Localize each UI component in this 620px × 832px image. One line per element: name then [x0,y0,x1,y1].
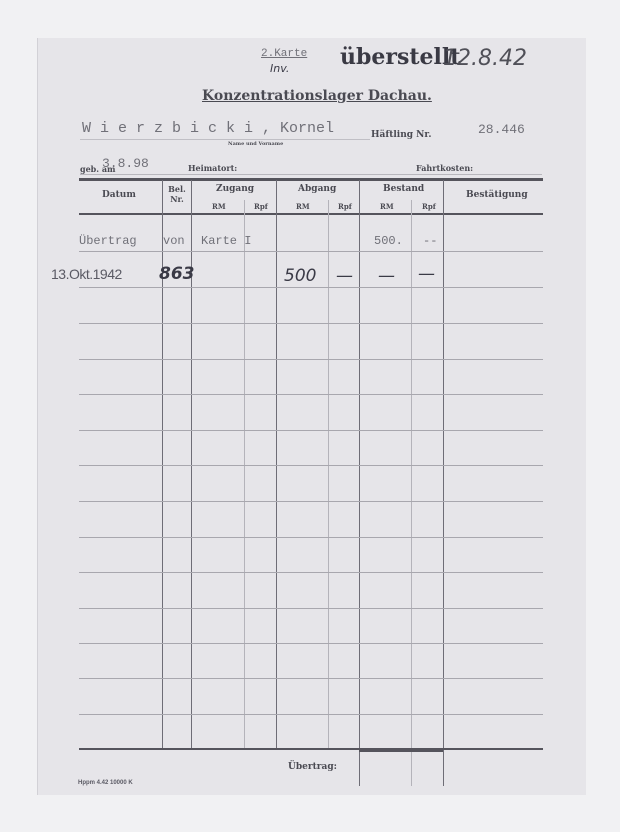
col-header-zugang: Zugang [216,184,254,194]
index-card: 2.Karte Inv. überstellt 12.8.42 Konzentr… [37,38,586,795]
row-line [79,430,543,431]
row2-bel-nr: 863 [159,264,195,284]
card-ref-typed: 2.Karte [261,48,307,60]
col-header-bel-nr: Bel. Nr. [166,184,188,204]
col-header-datum: Datum [102,190,136,200]
row2-abgang-rm: 500 [284,266,316,286]
row1-bestand-rm: 500. [374,234,403,248]
col-header-abgang: Abgang [298,184,336,194]
sub-header-bestand-rm: RM [380,202,394,211]
col-header-bestand: Bestand [383,184,424,194]
table-top-border [79,178,543,181]
travel-costs-label: Fahrtkosten: [416,163,473,173]
sub-header-bestand-rpf: Rpf [422,202,436,211]
col-header-bestaetigung: Bestätigung [466,190,528,200]
row-line [79,287,543,288]
col-sep-abgang [359,180,360,786]
row-line [79,394,543,395]
row2-bestand-rpf: — [418,264,435,284]
row-line [79,501,543,502]
col-sep-zugang [276,180,277,748]
row-line [79,572,543,573]
col-sep-bestand [443,180,444,786]
row-line [79,359,543,360]
row-line [79,537,543,538]
prisoner-no: 28.446 [478,122,525,137]
row2-bestand-rm: — [378,266,395,286]
row-line [79,643,543,644]
footer-total-line [359,750,443,752]
row1-bestand-rpf: -- [423,234,437,248]
birth-date: 3.8.98 [102,156,149,171]
footer-uebertrag-label: Übertrag: [288,762,337,772]
sub-header-zugang-rm: RM [212,202,226,211]
sub-header-abgang-rm: RM [296,202,310,211]
col-sep-abgang-sub [328,200,329,748]
row2-abgang-rpf: — [336,266,353,286]
page-title: Konzentrationslager Dachau. [202,88,432,104]
transfer-date: 12.8.42 [443,46,527,71]
row-line [79,714,543,715]
hometown-label: Heimatort: [188,163,237,173]
sub-header-abgang-rpf: Rpf [338,202,352,211]
row-line [79,323,543,324]
prisoner-name: W i e r z b i c k i , Kornel [82,120,334,137]
row-line [79,608,543,609]
row1-bel-nr: von [163,234,185,248]
name-caption: Name und Vorname [228,141,283,147]
table-bottom-border [79,748,543,750]
name-underline [80,139,370,140]
row-line [79,251,543,252]
table-header-border [79,213,543,215]
row-line [79,465,543,466]
card-ref-handwritten: Inv. [270,62,289,75]
prisoner-no-label: Häftling Nr. [371,130,431,140]
sub-header-zugang-rpf: Rpf [254,202,268,211]
print-code: Hppm 4.42 10000 K [78,780,133,786]
col-sep-zugang-sub [244,200,245,748]
row1-datum: Übertrag [79,234,137,248]
row2-datum: 13.Okt.1942 [51,266,122,282]
birth-underline [80,174,542,175]
row-line [79,678,543,679]
row1-zugang-rm: Karte I [201,234,251,248]
